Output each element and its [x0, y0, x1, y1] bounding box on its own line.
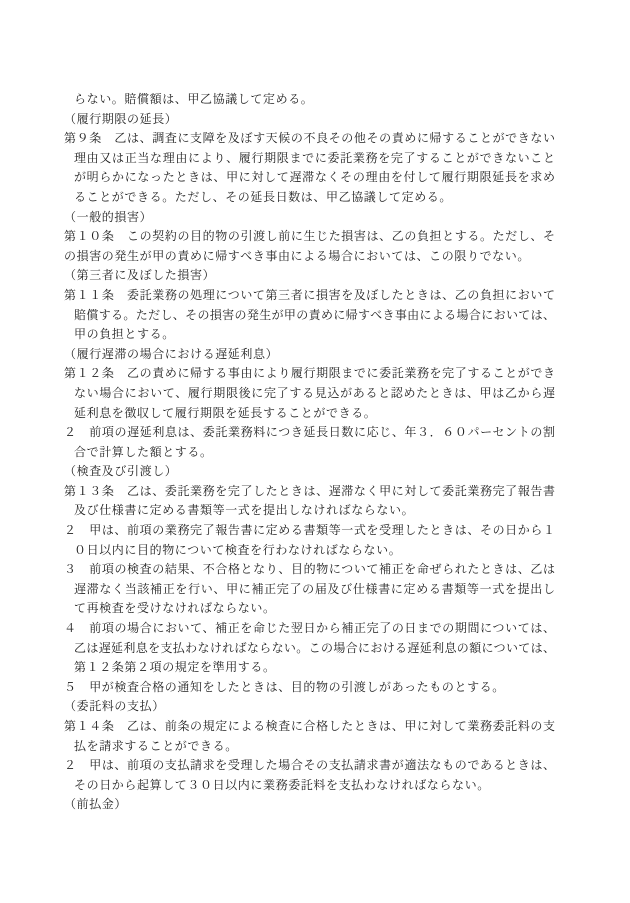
document-line: 及び仕様書に定める書類等一式を提出しなければならない。 [64, 501, 555, 521]
document-line: （検査及び引渡し） [64, 462, 555, 482]
document-line: 第１２条 乙の責めに帰する事由により履行期限までに委託業務を完了することができ [64, 364, 555, 384]
document-line: ５ 甲が検査合格の通知をしたときは、目的物の引渡しがあったものとする。 [64, 678, 555, 698]
document-line: ２ 甲は、前項の業務完了報告書に定める書類等一式を受理したときは、その日から１ [64, 521, 555, 541]
document-line: 第１３条 乙は、委託業務を完了したときは、遅滞なく甲に対して委託業務完了報告書 [64, 482, 555, 502]
document-line: 賠償する。ただし、その損害の発生が甲の責めに帰すべき事由による場合においては、 [64, 306, 555, 326]
document-line: （委託料の支払） [64, 697, 555, 717]
document-line: （前払金） [64, 795, 555, 815]
document-line: 乙は遅延利息を支払わなければならない。この場合における遅延利息の額については、 [64, 639, 555, 659]
document-line: 第９条 乙は、調査に支障を及ぼす天候の不良その他その責めに帰することができない [64, 129, 555, 149]
document-line: 理由又は正当な理由により、履行期限までに委託業務を完了することができないこと [64, 149, 555, 169]
document-line: 合で計算した額とする。 [64, 443, 555, 463]
document-line: 甲の負担とする。 [64, 325, 555, 345]
document-line: ２ 甲は、前項の支払請求を受理した場合その支払請求書が適法なものであるときは、 [64, 756, 555, 776]
document-line: （履行遅滞の場合における遅延利息） [64, 345, 555, 365]
document-line: ０日以内に目的物について検査を行わなければならない。 [64, 541, 555, 561]
document-line: らない。賠償額は、甲乙協議して定める。 [64, 90, 555, 110]
document-line: 第１０条 この契約の目的物の引渡し前に生じた損害は、乙の負担とする。ただし、そ [64, 227, 555, 247]
document-line: 延利息を徴収して履行期限を延長することができる。 [64, 404, 555, 424]
document-line: ることができる。ただし、その延長日数は、甲乙協議して定める。 [64, 188, 555, 208]
document-line: ４ 前項の場合において、補正を命じた翌日から補正完了の日までの期間については、 [64, 619, 555, 639]
document-line: て再検査を受けなければならない。 [64, 599, 555, 619]
document-line: （履行期限の延長） [64, 110, 555, 130]
document-line: ない場合において、履行期限後に完了する見込があると認めたときは、甲は乙から遅 [64, 384, 555, 404]
document-line: （一般的損害） [64, 208, 555, 228]
document-line: 第１４条 乙は、前条の規定による検査に合格したときは、甲に対して業務委託料の支 [64, 717, 555, 737]
document-line: 第１２条第２項の規定を準用する。 [64, 658, 555, 678]
document-line: の損害の発生が甲の責めに帰すべき事由による場合においては、この限りでない。 [64, 247, 555, 267]
document-line: 第１１条 委託業務の処理について第三者に損害を及ぼしたときは、乙の負担において [64, 286, 555, 306]
document-text: らない。賠償額は、甲乙協議して定める。（履行期限の延長）第９条 乙は、調査に支障… [64, 90, 555, 815]
document-line: 払を請求することができる。 [64, 737, 555, 757]
document-line: ３ 前項の検査の結果、不合格となり、目的物について補正を命ぜられたときは、乙は [64, 560, 555, 580]
document-line: その日から起算して３０日以内に業務委託料を支払わなければならない。 [64, 776, 555, 796]
document-line: （第三者に及ぼした損害） [64, 266, 555, 286]
document-line: が明らかになったときは、甲に対して遅滞なくその理由を付して履行期限延長を求め [64, 168, 555, 188]
document-line: 遅滞なく当該補正を行い、甲に補正完了の届及び仕様書に定める書類等一式を提出し [64, 580, 555, 600]
document-page: らない。賠償額は、甲乙協議して定める。（履行期限の延長）第９条 乙は、調査に支障… [0, 0, 630, 903]
document-line: ２ 前項の遅延利息は、委託業務料につき延長日数に応じ、年３．６０パーセントの割 [64, 423, 555, 443]
